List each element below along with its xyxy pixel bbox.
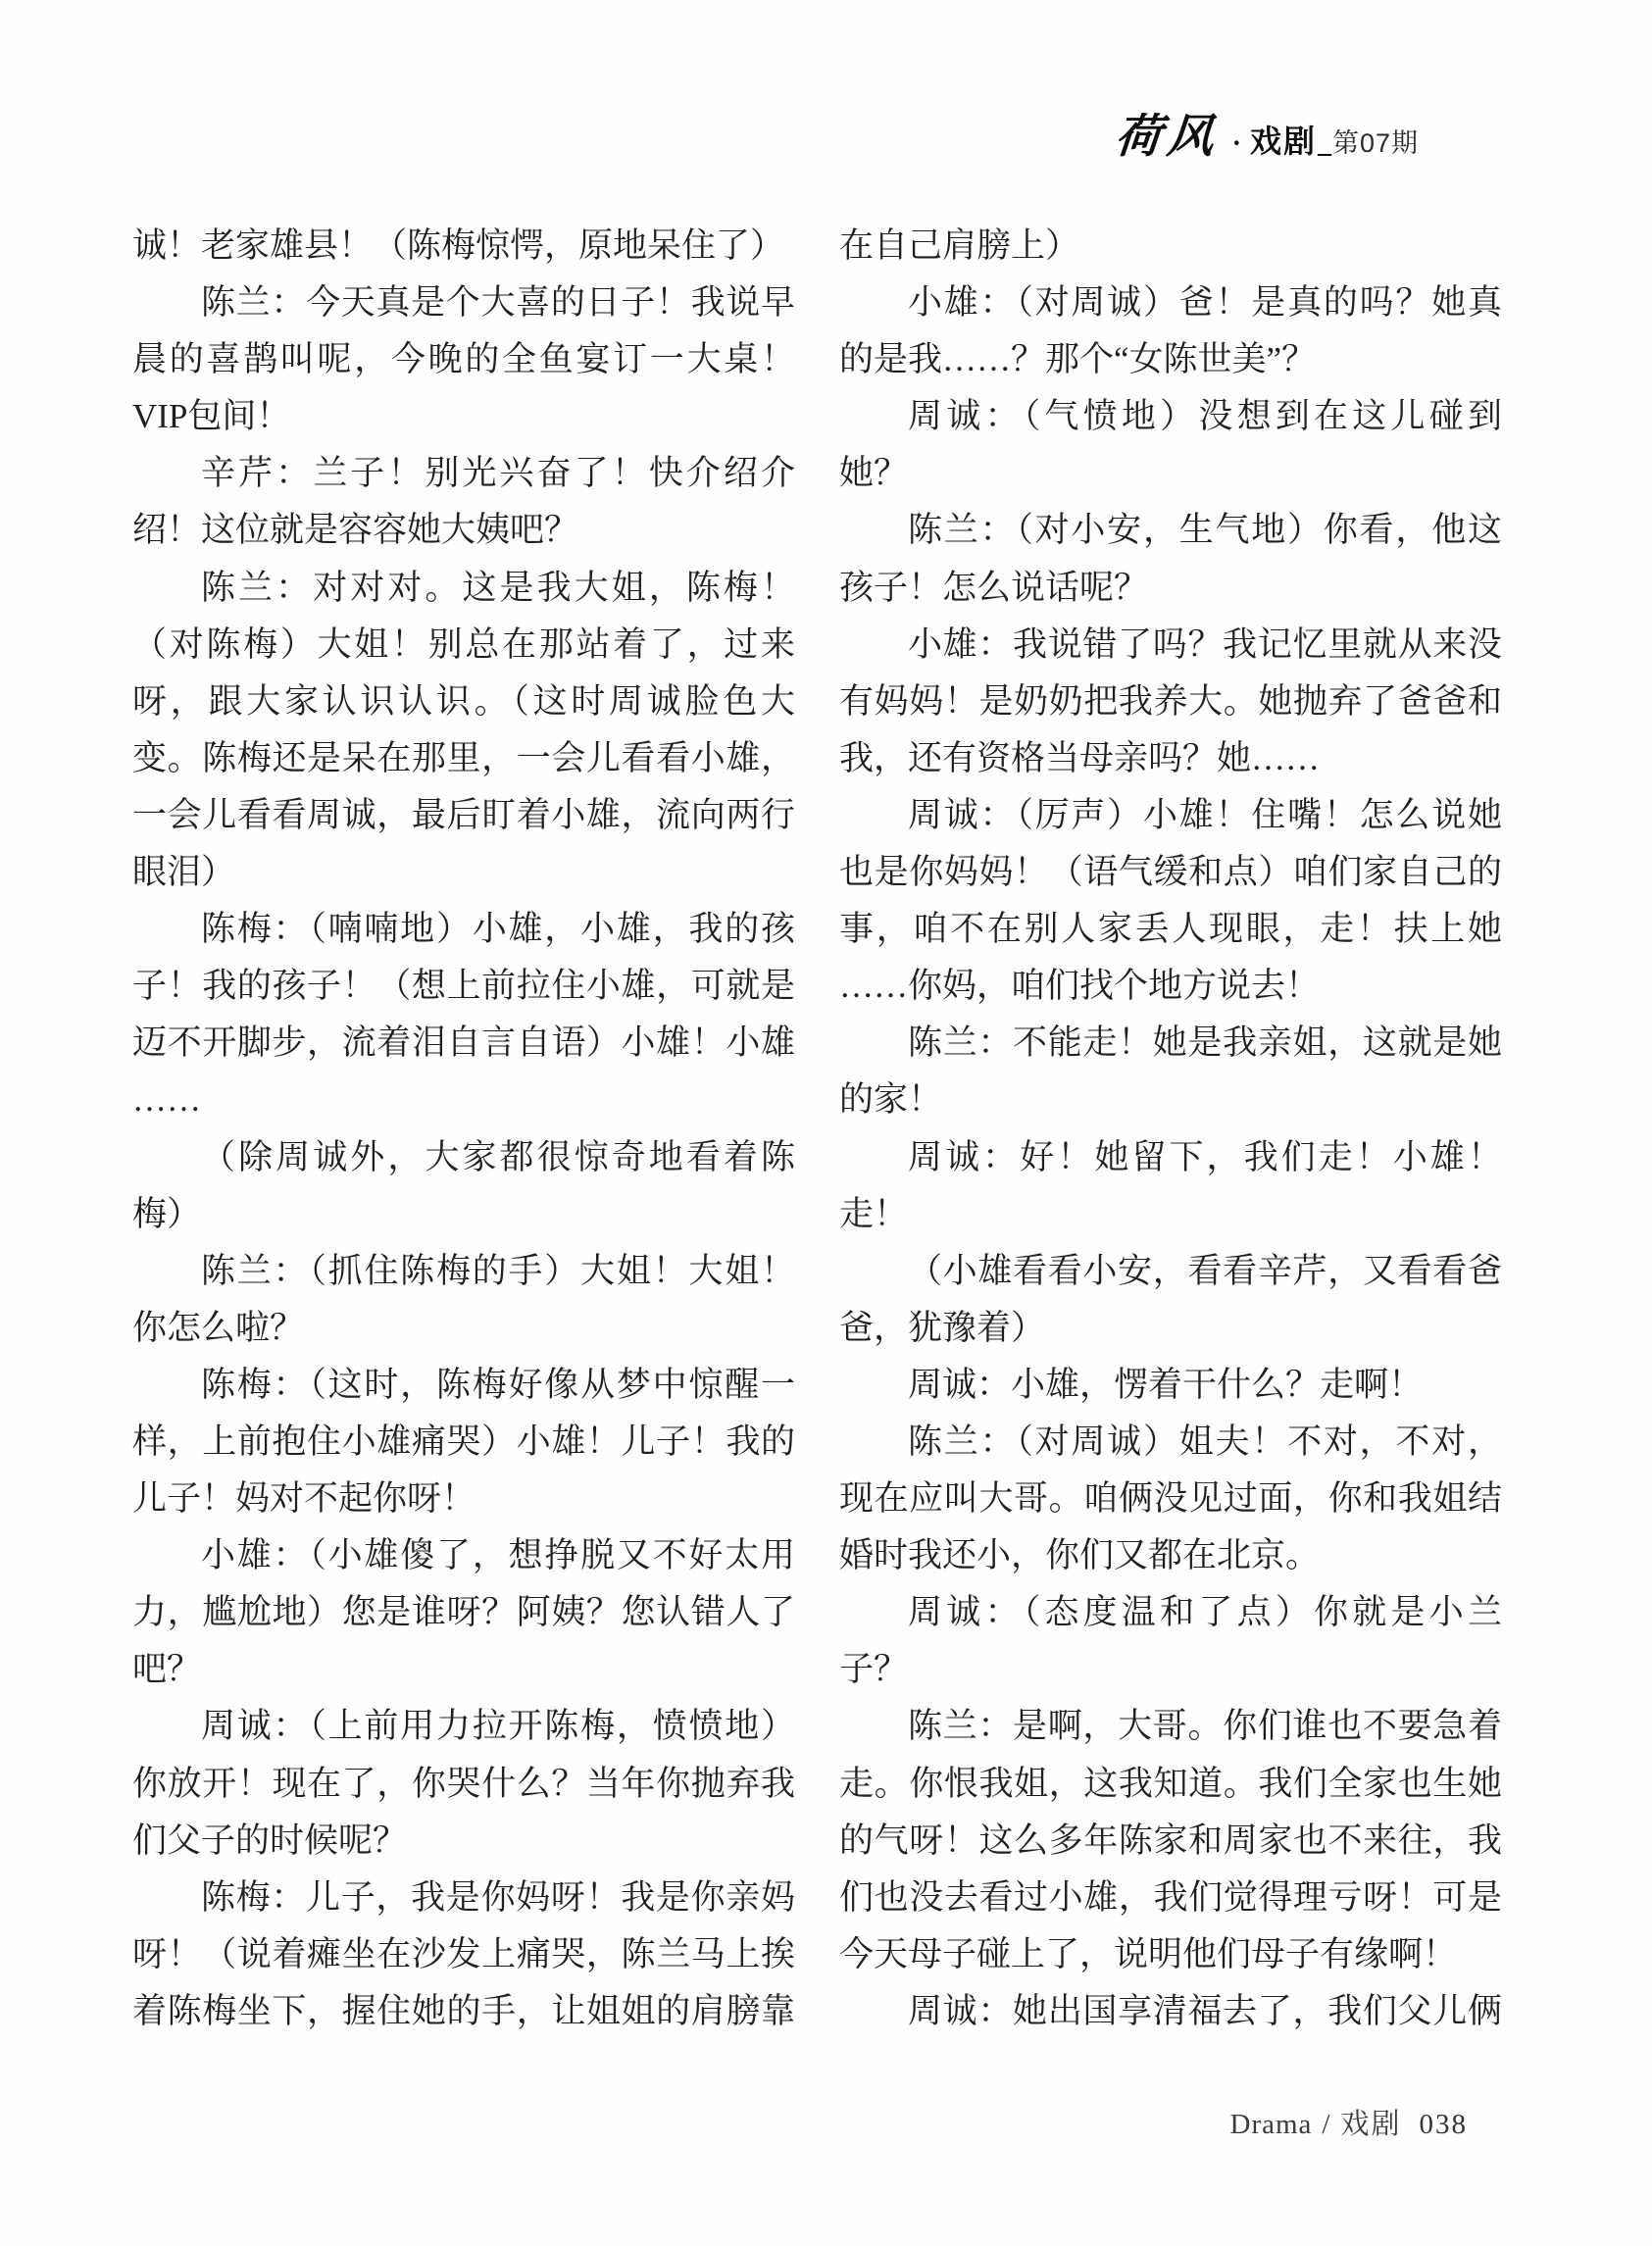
magazine-logo: 荷风	[1113, 100, 1223, 166]
script-line: 陈兰：不能走！她是我亲姐，这就是她	[839, 1015, 1502, 1072]
script-line: 变。陈梅还是呆在那里，一会儿看看小雄，	[132, 730, 795, 787]
script-line: 着陈梅坐下，握住她的手，让姐姐的肩膀靠	[132, 1983, 795, 2040]
script-line: 陈梅：（喃喃地）小雄，小雄，我的孩	[132, 901, 795, 958]
script-line: 她？	[839, 445, 1502, 502]
script-line: 呀！（说着瘫坐在沙发上痛哭，陈兰马上挨	[132, 1926, 795, 1983]
script-line: 周诚：小雄，愣着干什么？走啊！	[839, 1357, 1502, 1414]
script-line: 陈梅：儿子，我是你妈呀！我是你亲妈	[132, 1870, 795, 1926]
script-line: 样，上前抱住小雄痛哭）小雄！儿子！我的	[132, 1414, 795, 1471]
script-line: 周诚：（态度温和了点）你就是小兰	[839, 1584, 1502, 1641]
script-column-right: 在自己肩膀上）小雄：（对周诚）爸！是真的吗？她真的是我……？那个“女陈世美”？周…	[839, 218, 1502, 2040]
script-line: 小雄：（对周诚）爸！是真的吗？她真	[839, 275, 1502, 331]
script-line: VIP包间！	[132, 388, 795, 445]
script-line: 周诚：（气愤地）没想到在这儿碰到	[839, 388, 1502, 445]
script-line: 梅）	[132, 1186, 795, 1243]
script-line: 陈兰：（对周诚）姐夫！不对，不对，	[839, 1414, 1502, 1471]
script-line: 吧？	[132, 1641, 795, 1698]
script-line: 周诚：她出国享清福去了，我们父儿俩	[839, 1983, 1502, 2040]
footer-label-zh: 戏剧	[1340, 2109, 1401, 2140]
script-line: 孩子！怎么说话呢？	[839, 560, 1502, 617]
script-line: 走。你恨我姐，这我知道。我们全家也生她	[839, 1756, 1502, 1813]
script-line: 我，还有资格当母亲吗？她……	[839, 730, 1502, 787]
header-dot-separator: ·	[1232, 128, 1241, 160]
script-line: 小雄：（小雄傻了，想挣脱又不好太用	[132, 1527, 795, 1584]
script-line: 一会儿看看周诚，最后盯着小雄，流向两行	[132, 787, 795, 844]
script-line: 陈梅：（这时，陈梅好像从梦中惊醒一	[132, 1357, 795, 1414]
script-line: 诚！老家雄县！（陈梅惊愕，原地呆住了）	[132, 218, 795, 275]
script-line: ……	[132, 1072, 795, 1128]
script-line: 周诚：好！她留下，我们走！小雄！	[839, 1129, 1502, 1186]
script-line: （除周诚外，大家都很惊奇地看着陈	[132, 1129, 795, 1186]
header-section-label: 戏剧	[1250, 117, 1317, 162]
script-line: 陈兰：对对对。这是我大姐，陈梅！	[132, 560, 795, 617]
script-line: 有妈妈！是奶奶把我养大。她抛弃了爸爸和	[839, 674, 1502, 730]
script-line: 子！我的孩子！（想上前拉住小雄，可就是	[132, 958, 795, 1015]
script-line: 辛芹：兰子！别光兴奋了！快介绍介	[132, 445, 795, 502]
header-underscore-joiner: _	[1318, 128, 1331, 160]
script-line: 周诚：（厉声）小雄！住嘴！怎么说她	[839, 787, 1502, 844]
script-line: 们父子的时候呢？	[132, 1813, 795, 1870]
script-line: 晨的喜鹊叫呢，今晚的全鱼宴订一大桌！	[132, 331, 795, 388]
script-line: 眼泪）	[132, 844, 795, 901]
script-line: 陈兰：是啊，大哥。你们谁也不要急着	[839, 1698, 1502, 1755]
script-line: 儿子！妈对不起你呀！	[132, 1471, 795, 1527]
script-line: 你怎么啦？	[132, 1300, 795, 1357]
script-line: 也是你妈妈！（语气缓和点）咱们家自己的	[839, 844, 1502, 901]
script-line: 小雄：我说错了吗？我记忆里就从来没	[839, 617, 1502, 674]
script-line: 们也没去看过小雄，我们觉得理亏呀！可是	[839, 1870, 1502, 1926]
script-line: 的家！	[839, 1072, 1502, 1128]
magazine-page: 荷风 · 戏剧 _ 第07期 诚！老家雄县！（陈梅惊愕，原地呆住了）陈兰：今天真…	[0, 0, 1652, 2246]
script-line: 的是我……？那个“女陈世美”？	[839, 331, 1502, 388]
script-line: 陈兰：（对小安，生气地）你看，他这	[839, 502, 1502, 559]
script-line: 呀，跟大家认识认识。（这时周诚脸色大	[132, 674, 795, 730]
script-line: 迈不开脚步，流着泪自言自语）小雄！小雄	[132, 1015, 795, 1072]
script-line: 走！	[839, 1186, 1502, 1243]
script-line: 你放开！现在了，你哭什么？当年你抛弃我	[132, 1756, 795, 1813]
script-line: （对陈梅）大姐！别总在那站着了，过来	[132, 617, 795, 674]
footer-label-en: Drama	[1230, 2109, 1313, 2140]
script-line: 绍！这位就是容容她大姨吧？	[132, 502, 795, 559]
script-line: ……你妈，咱们找个地方说去！	[839, 958, 1502, 1015]
script-line: 在自己肩膀上）	[839, 218, 1502, 275]
script-line: 事，咱不在别人家丢人现眼，走！扶上她	[839, 901, 1502, 958]
script-line: 力，尴尬地）您是谁呀？阿姨？您认错人了	[132, 1584, 795, 1641]
magazine-header: 荷风 · 戏剧 _ 第07期	[1116, 100, 1419, 166]
script-line: 陈兰：（抓住陈梅的手）大姐！大姐！	[132, 1243, 795, 1300]
footer-separator: /	[1322, 2109, 1330, 2140]
footer-page-number: 038	[1420, 2109, 1469, 2140]
script-column-left: 诚！老家雄县！（陈梅惊愕，原地呆住了）陈兰：今天真是个大喜的日子！我说早晨的喜鹊…	[132, 218, 795, 2040]
script-line: 子？	[839, 1641, 1502, 1698]
page-footer: Drama/戏剧038	[1230, 2102, 1468, 2142]
header-issue-label: 第07期	[1332, 122, 1419, 160]
script-line: 婚时我还小，你们又都在北京。	[839, 1527, 1502, 1584]
script-line: 爸，犹豫着）	[839, 1300, 1502, 1357]
script-line: （小雄看看小安，看看辛芹，又看看爸	[839, 1243, 1502, 1300]
script-line: 的气呀！这么多年陈家和周家也不来往，我	[839, 1813, 1502, 1870]
script-line: 现在应叫大哥。咱俩没见过面，你和我姐结	[839, 1471, 1502, 1527]
script-line: 陈兰：今天真是个大喜的日子！我说早	[132, 275, 795, 331]
script-line: 周诚：（上前用力拉开陈梅，愤愤地）	[132, 1698, 795, 1755]
script-line: 今天母子碰上了，说明他们母子有缘啊！	[839, 1926, 1502, 1983]
